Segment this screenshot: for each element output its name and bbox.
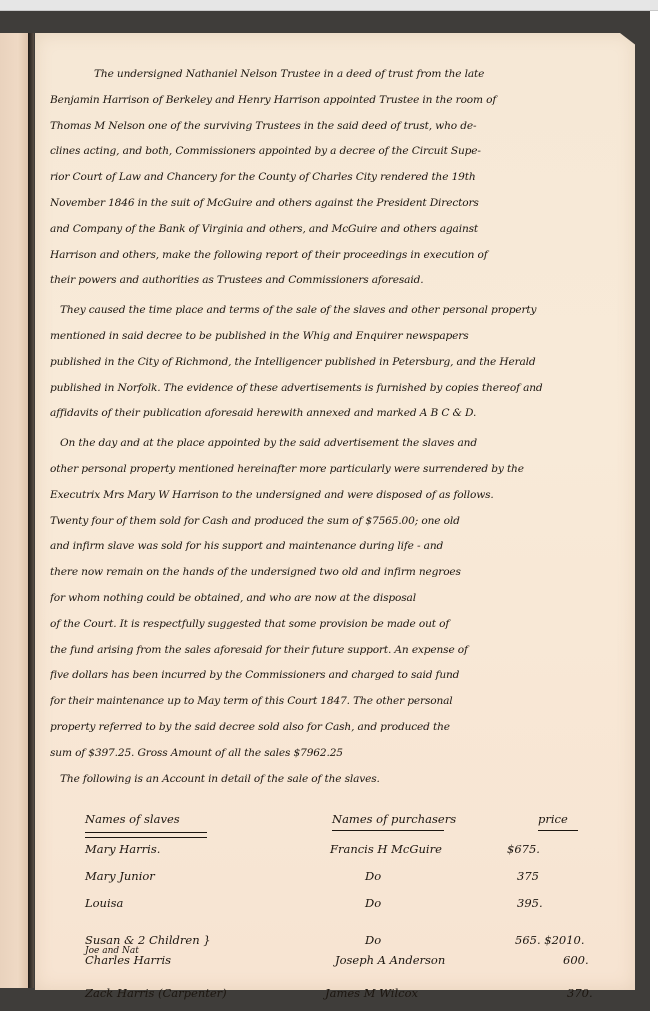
purchaser-name: Do (365, 933, 381, 947)
text-line: for whom nothing could be obtained, and … (50, 586, 600, 612)
text-line: Twenty four of them sold for Cash and pr… (50, 509, 600, 535)
table-row: Charles Harris Joseph A Anderson 600. (85, 949, 605, 976)
text-line: November 1846 in the suit of McGuire and… (50, 191, 600, 217)
text-line: and infirm slave was sold for his suppor… (50, 534, 600, 560)
text-line: published in Norfolk. The evidence of th… (50, 376, 600, 402)
sale-price: 375 (517, 869, 539, 883)
header-names-of-purchasers: Names of purchasers (332, 812, 456, 826)
slave-name: Mary Junior (85, 869, 155, 883)
text-line: Harrison and others, make the following … (50, 243, 600, 269)
table-row: Zack Harris (Carpenter) James M Wilcox 3… (85, 982, 605, 1009)
slave-name: Mary Harris. (85, 842, 160, 856)
text-line: The undersigned Nathaniel Nelson Trustee… (50, 62, 600, 88)
purchaser-name: Do (365, 869, 381, 883)
text-line: They caused the time place and terms of … (50, 298, 600, 324)
manuscript-body: The undersigned Nathaniel Nelson Trustee… (50, 62, 600, 792)
purchaser-name: James M Wilcox (325, 986, 418, 1000)
text-line: The following is an Account in detail of… (50, 767, 600, 793)
text-line: the fund arising from the sales aforesai… (50, 638, 600, 664)
viewer-top-strip (0, 0, 658, 11)
header-names-of-slaves: Names of slaves (85, 812, 180, 826)
text-line: Executrix Mrs Mary W Harrison to the und… (50, 483, 600, 509)
sale-price: $675. (507, 842, 540, 856)
slave-name: Zack Harris (Carpenter) (85, 986, 227, 1000)
text-line: Benjamin Harrison of Berkeley and Henry … (50, 88, 600, 114)
text-line: for their maintenance up to May term of … (50, 689, 600, 715)
text-line: and Company of the Bank of Virginia and … (50, 217, 600, 243)
text-line: other personal property mentioned herein… (50, 457, 600, 483)
slave-name: Louisa (85, 896, 123, 910)
slave-sale-table: Names of slaves Names of purchasers pric… (85, 812, 605, 1009)
sale-price: 565. $2010. (515, 933, 585, 947)
text-line: published in the City of Richmond, the I… (50, 350, 600, 376)
text-line: five dollars has been incurred by the Co… (50, 663, 600, 689)
table-row: Louisa Do 395. (85, 892, 605, 919)
text-line: On the day and at the place appointed by… (50, 431, 600, 457)
text-line: sum of $397.25. Gross Amount of all the … (50, 741, 600, 767)
text-line: Thomas M Nelson one of the surviving Tru… (50, 114, 600, 140)
text-line: there now remain on the hands of the und… (50, 560, 600, 586)
text-line: rior Court of Law and Chancery for the C… (50, 165, 600, 191)
purchaser-name: Do (365, 896, 381, 910)
underline (332, 830, 444, 831)
slave-name: Charles Harris (85, 953, 171, 967)
table-header: Names of slaves Names of purchasers pric… (85, 812, 605, 838)
text-line: their powers and authorities as Trustees… (50, 268, 600, 294)
table-row: Mary Junior Do 375 (85, 865, 605, 892)
text-line: mentioned in said decree to be published… (50, 324, 600, 350)
book-gutter (28, 33, 34, 988)
sale-price: 395. (517, 896, 543, 910)
text-line: property referred to by the said decree … (50, 715, 600, 741)
purchaser-name: Joseph A Anderson (335, 953, 445, 967)
table-row: Mary Harris. Francis H McGuire $675. (85, 838, 605, 865)
sale-price: 600. (563, 953, 589, 967)
text-line: affidavits of their publication aforesai… (50, 401, 600, 427)
viewer-right-margin (650, 11, 658, 1024)
sale-price: 370. (567, 986, 593, 1000)
text-line: clines acting, and both, Commissioners a… (50, 139, 600, 165)
purchaser-name: Francis H McGuire (330, 842, 442, 856)
text-line: of the Court. It is respectfully suggest… (50, 612, 600, 638)
header-price: price (538, 812, 568, 826)
underline (538, 830, 578, 831)
